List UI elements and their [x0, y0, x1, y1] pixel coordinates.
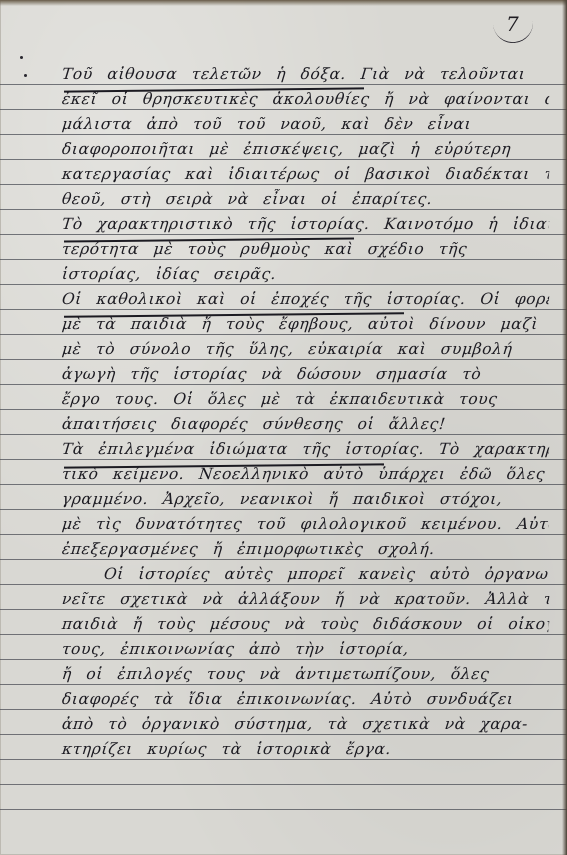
- text-line: ἀγωγὴ τῆς ἱστορίας νὰ δώσουν σημασία τὸ: [61, 364, 550, 384]
- ruled-line: [0, 384, 567, 385]
- ruled-line: [0, 459, 567, 460]
- ruled-line: [0, 634, 567, 635]
- ruled-line: [0, 809, 567, 810]
- ruled-line: [0, 559, 567, 560]
- ruled-line: [0, 684, 567, 685]
- ruled-line: [0, 159, 567, 160]
- ruled-line: [0, 709, 567, 710]
- text-line: διαφορές τὰ ἴδια ἐπικοινωνίας. Αὐτὸ συνδ…: [61, 689, 550, 709]
- text-line: ἐκεῖ οἱ θρησκευτικὲς ἀκολουθίες ἤ νὰ φαί…: [61, 89, 550, 109]
- ruled-line: [0, 234, 567, 235]
- ruled-line: [0, 509, 567, 510]
- margin-dot: [20, 56, 23, 59]
- text-line: ἀπαιτήσεις διαφορές σύνθεσης οἱ ἄλλες!: [61, 414, 550, 434]
- ruled-line: [0, 209, 567, 210]
- text-line: μὲ τὰ παιδιὰ ἤ τοὺς ἔφηβους, αὐτοὶ δίνου…: [61, 314, 550, 334]
- ruled-line: [0, 434, 567, 435]
- ruled-line: [0, 534, 567, 535]
- text-line: γραμμένο. Ἀρχεῖο, νεανικοὶ ἤ παιδικοὶ στ…: [61, 489, 550, 509]
- text-line: παιδιὰ ἤ τοὺς μέσους νὰ τοὺς διδάσκουν ο…: [61, 614, 550, 634]
- text-line: Τὰ ἐπιλεγμένα ἰδιώματα τῆς ἱστορίας. Τὸ …: [61, 439, 550, 459]
- text-line: Τὸ χαρακτηριστικὸ τῆς ἱστορίας. Καινοτόμ…: [61, 214, 550, 234]
- ruled-line: [0, 784, 567, 785]
- text-line: κτηρίζει κυρίως τὰ ἱστορικὰ ἔργα.: [61, 739, 550, 759]
- text-line: Τοῦ αἰθουσα τελετῶν ἡ δόξα. Γιὰ νὰ τελοῦ…: [61, 64, 550, 84]
- ruled-line: [0, 109, 567, 110]
- text-line: ἀπὸ τὸ ὀργανικὸ σύστημα, τὰ σχετικὰ νὰ χ…: [61, 714, 550, 734]
- ruled-line: [0, 409, 567, 410]
- text-line: Οἱ ἱστορίες αὐτὲς μπορεῖ κανεὶς αὐτὸ ὀργ…: [103, 564, 550, 584]
- margin-dot: [24, 74, 27, 77]
- text-line: ἱστορίας, ἰδίας σειρᾶς.: [61, 264, 550, 284]
- text-line: τερότητα μὲ τοὺς ρυθμοὺς καὶ σχέδιο τῆς: [61, 239, 550, 259]
- ruled-line: [0, 134, 567, 135]
- text-line: μάλιστα ἀπὸ τοῦ τοῦ ναοῦ, καὶ δὲν εἶναι: [61, 114, 550, 134]
- ruled-line: [0, 284, 567, 285]
- ruled-line: [0, 659, 567, 660]
- text-line: νεῖτε σχετικὰ νὰ ἀλλάξουν ἤ νὰ κρατοῦν. …: [61, 589, 550, 609]
- text-line: ἤ οἱ ἐπιλογές τους νὰ ἀντιμετωπίζουν, ὅλ…: [61, 664, 550, 684]
- ruled-line: [0, 584, 567, 585]
- text-line: ἐπεξεργασμένες ἤ ἐπιμορφωτικὲς σχολή.: [61, 539, 550, 559]
- ruled-line: [0, 484, 567, 485]
- text-line: μὲ τὸ σύνολο τῆς ὕλης, εὐκαιρία καὶ συμβ…: [61, 339, 550, 359]
- ruled-line: [0, 84, 567, 85]
- ruled-line: [0, 184, 567, 185]
- ruled-line: [0, 309, 567, 310]
- text-line: Οἱ καθολικοὶ καὶ οἱ ἐποχές τῆς ἱστορίας.…: [61, 289, 550, 309]
- manuscript-page: 7 Τοῦ αἰθουσα τελετῶν ἡ δόξα. Γιὰ νὰ τελ…: [0, 0, 567, 855]
- text-line: κατεργασίας καὶ ἰδιαιτέρως οἱ βασικοὶ δι…: [61, 164, 550, 184]
- ruled-line: [0, 259, 567, 260]
- ruled-line: [0, 759, 567, 760]
- ruled-line: [0, 734, 567, 735]
- text-line: μὲ τὶς δυνατότητες τοῦ φιλολογικοῦ κειμέ…: [61, 514, 550, 534]
- ruled-line: [0, 609, 567, 610]
- text-line: τους, ἐπικοινωνίας ἀπὸ τὴν ἱστορία,: [61, 639, 550, 659]
- text-line: θεοῦ, στὴ σειρὰ νὰ εἶναι οἱ ἐπαρίτες.: [61, 189, 550, 209]
- page-number-circle-mark: [493, 20, 535, 45]
- text-line: διαφοροποιῆται μὲ ἐπισκέψεις, μαζὶ ἡ εὐρ…: [61, 139, 550, 159]
- ruled-line: [0, 359, 567, 360]
- text-line: ἔργο τους. Οἱ ὅλες μὲ τὰ ἐκπαιδευτικὰ το…: [61, 389, 550, 409]
- text-line: τικὸ κείμενο. Νεοελληνικὸ αὐτὸ ὑπάρχει ἐ…: [61, 464, 550, 484]
- ruled-line: [0, 334, 567, 335]
